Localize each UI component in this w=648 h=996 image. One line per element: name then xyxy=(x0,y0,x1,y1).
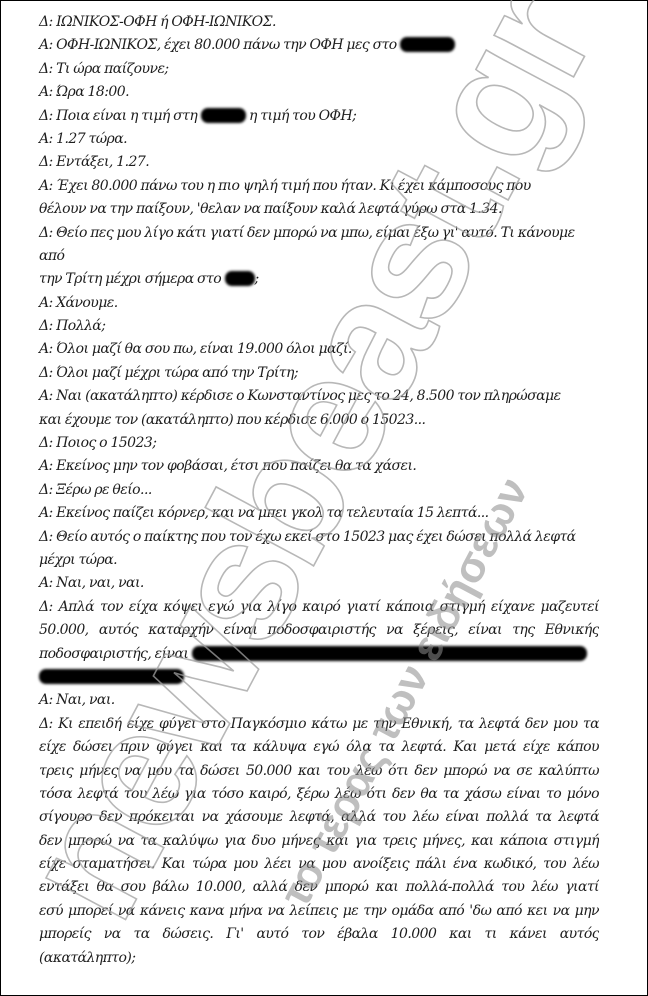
transcript-line: Δ: Θείο πες μου λίγο κάτι γιατί δεν μπορ… xyxy=(39,222,599,245)
transcript-line: εντάξει θα σου βάλω 10.000, αλλά δεν μπο… xyxy=(39,876,599,899)
redaction-bar xyxy=(39,669,184,684)
transcript-line: τρεις μήνες να μου τα δώσει 50.000 και τ… xyxy=(39,760,599,783)
line-text: μπορείς να τα δώσεις. Γι' αυτό τον έβαλα… xyxy=(39,926,599,942)
redaction-bar xyxy=(201,108,246,123)
transcript-line: Δ: Τι ώρα παίζουνε; xyxy=(39,58,599,81)
line-text: Α: Εκείνος μην τον φοβάσαι, έτσι που παί… xyxy=(39,458,416,474)
transcript-line: 50.000, αυτός καταρχήν είναι ποδοσφαιρισ… xyxy=(39,619,599,642)
transcript-line: μέχρι τώρα. xyxy=(39,549,599,572)
transcript-line: είχε σταματήσει. Και τώρα μου λέει να μο… xyxy=(39,853,599,876)
transcript-line: μπορείς να τα δώσεις. Γι' αυτό τον έβαλα… xyxy=(39,923,599,946)
transcript-body: Δ: ΙΩΝΙΚΟΣ-ΟΦΗ ή ΟΦΗ-ΙΩΝΙΚΟΣ.Α: ΟΦΗ-ΙΩΝΙ… xyxy=(39,11,599,970)
line-text: Α: Ώρα 18:00. xyxy=(39,84,129,100)
line-text: 50.000, αυτός καταρχήν είναι ποδοσφαιρισ… xyxy=(39,622,599,638)
line-text: Δ: Απλά τον είχα κόψει εγώ για λίγο καιρ… xyxy=(39,599,599,615)
transcript-line: εσύ μπορεί να κάνεις κανα μήνα να λείπει… xyxy=(39,900,599,923)
line-text: εντάξει θα σου βάλω 10.000, αλλά δεν μπο… xyxy=(39,879,599,895)
transcript-line: Δ: Ποια είναι η τιμή στη η τιμή του ΟΦΗ; xyxy=(39,105,599,128)
transcript-line: από xyxy=(39,245,599,268)
scanned-document-page: Δ: ΙΩΝΙΚΟΣ-ΟΦΗ ή ΟΦΗ-ΙΩΝΙΚΟΣ.Α: ΟΦΗ-ΙΩΝΙ… xyxy=(0,0,648,996)
line-text: σίγουρο δεν πρόκειται να χάσουμε λεφτά, … xyxy=(39,809,599,825)
transcript-line: Α: Ναι, ναι. xyxy=(39,689,599,712)
line-text: Α: 1.27 τώρα. xyxy=(39,131,127,147)
line-text: Α: Ναι, ναι. xyxy=(39,692,115,708)
line-text: Δ: Τι ώρα παίζουνε; xyxy=(39,61,169,77)
transcript-line: Δ: Ξέρω ρε θείο... xyxy=(39,479,599,502)
transcript-line: ποδοσφαιριστής, είναι xyxy=(39,643,599,666)
line-text: και έχουμε τον (ακατάληπτο) που κέρδισε … xyxy=(39,412,425,428)
line-text: Δ: Ποιος ο 15023; xyxy=(39,435,156,451)
line-text: ποδοσφαιριστής, είναι xyxy=(39,646,192,662)
line-text: μέχρι τώρα. xyxy=(39,552,117,568)
line-text: Δ: Θείο πες μου λίγο κάτι γιατί δεν μπορ… xyxy=(39,225,575,241)
transcript-line: Δ: Ποιος ο 15023; xyxy=(39,432,599,455)
line-text: Δ: Πολλά; xyxy=(39,318,105,334)
line-text: τόσα λεφτά του λέω για τόσο καιρό, ξέρω … xyxy=(39,786,599,802)
line-text: Δ: Κι επειδή είχε φύγει στο Παγκόσμιο κά… xyxy=(39,716,599,732)
transcript-line: θέλουν να την παίξουν, 'θελαν να παίξουν… xyxy=(39,198,599,221)
line-text: Δ: Ποια είναι η τιμή στη xyxy=(39,108,201,124)
transcript-line: Δ: Όλοι μαζί μέχρι τώρα από την Τρίτη; xyxy=(39,362,599,385)
transcript-line: Α: Ώρα 18:00. xyxy=(39,81,599,104)
line-text: (ακατάληπτο); xyxy=(39,950,135,966)
line-text: είχε σταματήσει. Και τώρα μου λέει να μο… xyxy=(39,856,599,872)
transcript-line: Α: Ναι, ναι, ναι. xyxy=(39,572,599,595)
line-text: εσύ μπορεί να κάνεις κανα μήνα να λείπει… xyxy=(39,903,599,919)
line-text: ; xyxy=(255,271,259,287)
line-text: Α: Όλοι μαζί θα σου πω, είναι 19.000 όλο… xyxy=(39,341,352,357)
line-text: τρεις μήνες να μου τα δώσει 50.000 και τ… xyxy=(39,763,599,779)
transcript-line xyxy=(39,666,599,689)
line-text: Α: Χάνουμε. xyxy=(39,295,118,311)
transcript-line: (ακατάληπτο); xyxy=(39,947,599,970)
transcript-line: Α: Έχει 80.000 πάνω του η πιο ψηλή τιμή … xyxy=(39,175,599,198)
transcript-line: Α: Εκείνος παίζει κόρνερ, και να μπει γκ… xyxy=(39,502,599,525)
transcript-line: Α: Εκείνος μην τον φοβάσαι, έτσι που παί… xyxy=(39,455,599,478)
line-text: την Τρίτη μέχρι σήμερα στο xyxy=(39,271,225,287)
line-text: είχε δώσει πριν φύγει και τα κάλυψα εγώ … xyxy=(39,739,599,755)
transcript-line: Α: Χάνουμε. xyxy=(39,292,599,315)
line-text: θέλουν να την παίξουν, 'θελαν να παίξουν… xyxy=(39,201,502,217)
transcript-line: Δ: Θείο αυτός ο παίκτης που τον έχω εκεί… xyxy=(39,526,599,549)
line-text: δεν μπορώ να τα καλύψω για δυο μήνες και… xyxy=(39,833,599,849)
line-text: Δ: Ξέρω ρε θείο... xyxy=(39,482,152,498)
line-text: Δ: ΙΩΝΙΚΟΣ-ΟΦΗ ή ΟΦΗ-ΙΩΝΙΚΟΣ. xyxy=(39,14,276,30)
redaction-bar xyxy=(225,271,255,286)
line-text: Α: ΟΦΗ-ΙΩΝΙΚΟΣ, έχει 80.000 πάνω την ΟΦΗ… xyxy=(39,37,400,53)
line-text: Α: Ναι, ναι, ναι. xyxy=(39,575,144,591)
line-text: Δ: Εντάξει, 1.27. xyxy=(39,154,149,170)
redaction-bar xyxy=(400,37,455,52)
line-text: Δ: Θείο αυτός ο παίκτης που τον έχω εκεί… xyxy=(39,529,576,545)
transcript-line: είχε δώσει πριν φύγει και τα κάλυψα εγώ … xyxy=(39,736,599,759)
line-text: Α: Εκείνος παίζει κόρνερ, και να μπει γκ… xyxy=(39,505,489,521)
transcript-line: Δ: Απλά τον είχα κόψει εγώ για λίγο καιρ… xyxy=(39,596,599,619)
transcript-line: και έχουμε τον (ακατάληπτο) που κέρδισε … xyxy=(39,409,599,432)
transcript-line: τόσα λεφτά του λέω για τόσο καιρό, ξέρω … xyxy=(39,783,599,806)
line-text: Α: Έχει 80.000 πάνω του η πιο ψηλή τιμή … xyxy=(39,178,531,194)
line-text: Δ: Όλοι μαζί μέχρι τώρα από την Τρίτη; xyxy=(39,365,298,381)
line-text: από xyxy=(39,248,64,264)
transcript-line: σίγουρο δεν πρόκειται να χάσουμε λεφτά, … xyxy=(39,806,599,829)
transcript-line: Α: Ναι (ακατάληπτο) κέρδισε ο Κωνσταντίν… xyxy=(39,385,599,408)
transcript-line: Α: 1.27 τώρα. xyxy=(39,128,599,151)
transcript-line: την Τρίτη μέχρι σήμερα στο ; xyxy=(39,268,599,291)
line-text: η τιμή του ΟΦΗ; xyxy=(246,108,357,124)
transcript-line: Α: Όλοι μαζί θα σου πω, είναι 19.000 όλο… xyxy=(39,338,599,361)
redaction-bar xyxy=(192,646,587,661)
transcript-line: Δ: Εντάξει, 1.27. xyxy=(39,151,599,174)
transcript-line: Δ: Κι επειδή είχε φύγει στο Παγκόσμιο κά… xyxy=(39,713,599,736)
transcript-line: δεν μπορώ να τα καλύψω για δυο μήνες και… xyxy=(39,830,599,853)
transcript-line: Δ: ΙΩΝΙΚΟΣ-ΟΦΗ ή ΟΦΗ-ΙΩΝΙΚΟΣ. xyxy=(39,11,599,34)
line-text: Α: Ναι (ακατάληπτο) κέρδισε ο Κωνσταντίν… xyxy=(39,388,561,404)
transcript-line: Α: ΟΦΗ-ΙΩΝΙΚΟΣ, έχει 80.000 πάνω την ΟΦΗ… xyxy=(39,34,599,57)
transcript-line: Δ: Πολλά; xyxy=(39,315,599,338)
